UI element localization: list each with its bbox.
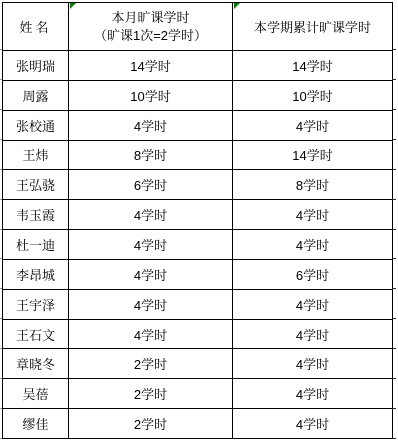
header-cell-semester-hours[interactable]: 本学期累计旷课学时 — [233, 3, 393, 51]
cell-name[interactable]: 李昂城 — [3, 259, 69, 289]
cell-month-hours[interactable]: 4学时 — [69, 259, 233, 289]
cell-name[interactable]: 王炜 — [3, 140, 69, 170]
table-row: 王宇泽 4学时 4学时 — [3, 289, 393, 319]
gridline-stub — [392, 139, 396, 140]
cell-month-hours[interactable]: 4学时 — [69, 319, 233, 349]
error-triangle-icon — [70, 3, 76, 9]
table-row: 周露 10学时 10学时 — [3, 80, 393, 110]
cell-semester-hours[interactable]: 4学时 — [233, 289, 393, 319]
gridline-stub — [392, 109, 396, 110]
gridline-stub — [0, 109, 2, 110]
cell-name[interactable]: 张校通 — [3, 110, 69, 140]
gridline-stub — [0, 438, 2, 439]
cell-semester-hours[interactable]: 10学时 — [233, 80, 393, 110]
cell-month-hours[interactable]: 4学时 — [69, 289, 233, 319]
cell-name[interactable]: 缪佳 — [3, 409, 69, 439]
header-cell-month-hours[interactable]: 本月旷课学时 （旷课1次=2学时） — [69, 3, 233, 51]
cell-semester-hours[interactable]: 4学时 — [233, 349, 393, 379]
cell-month-hours[interactable]: 2学时 — [69, 409, 233, 439]
cell-semester-hours[interactable]: 14学时 — [233, 140, 393, 170]
cell-month-hours[interactable]: 10学时 — [69, 80, 233, 110]
gridline-stub — [0, 169, 2, 170]
header-month-line1: 本月旷课学时 — [71, 9, 230, 27]
spreadsheet-area: 姓名 本月旷课学时 （旷课1次=2学时） 本学期累计旷课学时 张明瑞 14学时 … — [0, 0, 398, 443]
cell-semester-hours[interactable]: 4学时 — [233, 230, 393, 260]
header-row: 姓名 本月旷课学时 （旷课1次=2学时） 本学期累计旷课学时 — [3, 3, 393, 51]
cell-name[interactable]: 王宇泽 — [3, 289, 69, 319]
cell-month-hours[interactable]: 4学时 — [69, 110, 233, 140]
cell-semester-hours[interactable]: 4学时 — [233, 200, 393, 230]
cell-name[interactable]: 韦玉霞 — [3, 200, 69, 230]
gridline-stub — [392, 318, 396, 319]
gridline-stub — [0, 258, 2, 259]
cell-month-hours[interactable]: 4学时 — [69, 200, 233, 230]
cell-semester-hours[interactable]: 14学时 — [233, 51, 393, 81]
gridline-stub — [392, 438, 396, 439]
gridline-stub — [0, 139, 2, 140]
cell-month-hours[interactable]: 2学时 — [69, 349, 233, 379]
cell-name[interactable]: 王石文 — [3, 319, 69, 349]
gridline-stub — [392, 169, 396, 170]
table-row: 缪佳 2学时 4学时 — [3, 409, 393, 439]
cell-month-hours[interactable]: 14学时 — [69, 51, 233, 81]
gridline-stub — [0, 348, 2, 349]
absence-hours-table: 姓名 本月旷课学时 （旷课1次=2学时） 本学期累计旷课学时 张明瑞 14学时 … — [2, 2, 393, 439]
error-triangle-icon — [234, 3, 240, 9]
table-row: 杜一迪 4学时 4学时 — [3, 230, 393, 260]
table-row: 王石文 4学时 4学时 — [3, 319, 393, 349]
table-row: 王炜 8学时 14学时 — [3, 140, 393, 170]
gridline-stub — [392, 229, 396, 230]
cell-month-hours[interactable]: 2学时 — [69, 379, 233, 409]
gridline-stub — [392, 408, 396, 409]
cell-month-hours[interactable]: 4学时 — [69, 230, 233, 260]
gridline-stub — [0, 229, 2, 230]
gridline-stub — [392, 49, 396, 50]
gridline-stub — [0, 408, 2, 409]
cell-name[interactable]: 章晓冬 — [3, 349, 69, 379]
header-month-line2: （旷课1次=2学时） — [71, 27, 230, 45]
gridline-stub — [392, 288, 396, 289]
cell-name[interactable]: 王弘骁 — [3, 170, 69, 200]
gridline-stub — [392, 199, 396, 200]
header-cell-name[interactable]: 姓名 — [3, 3, 69, 51]
cell-name[interactable]: 吴蓓 — [3, 379, 69, 409]
gridline-stub — [0, 49, 2, 50]
cell-month-hours[interactable]: 8学时 — [69, 140, 233, 170]
gridline-stub — [0, 318, 2, 319]
table-row: 张校通 4学时 4学时 — [3, 110, 393, 140]
table-row: 王弘骁 6学时 8学时 — [3, 170, 393, 200]
gridline-stub — [0, 288, 2, 289]
cell-month-hours[interactable]: 6学时 — [69, 170, 233, 200]
table-row: 李昂城 4学时 6学时 — [3, 259, 393, 289]
table-row: 张明瑞 14学时 14学时 — [3, 51, 393, 81]
cell-semester-hours[interactable]: 4学时 — [233, 379, 393, 409]
table-row: 章晓冬 2学时 4学时 — [3, 349, 393, 379]
table-row: 韦玉霞 4学时 4学时 — [3, 200, 393, 230]
cell-semester-hours[interactable]: 8学时 — [233, 170, 393, 200]
cell-name[interactable]: 张明瑞 — [3, 51, 69, 81]
gridline-stub — [0, 378, 2, 379]
cell-semester-hours[interactable]: 4学时 — [233, 409, 393, 439]
gridline-stub — [0, 79, 2, 80]
header-semester-label: 本学期累计旷课学时 — [254, 20, 371, 35]
gridline-stub — [0, 199, 2, 200]
cell-semester-hours[interactable]: 4学时 — [233, 110, 393, 140]
cell-semester-hours[interactable]: 6学时 — [233, 259, 393, 289]
cell-name[interactable]: 周露 — [3, 80, 69, 110]
gridline-stub — [392, 348, 396, 349]
header-name-label: 姓名 — [19, 20, 51, 35]
gridline-stub — [392, 258, 396, 259]
gridline-stub — [392, 378, 396, 379]
table-row: 吴蓓 2学时 4学时 — [3, 379, 393, 409]
gridline-stub — [392, 79, 396, 80]
cell-name[interactable]: 杜一迪 — [3, 230, 69, 260]
cell-semester-hours[interactable]: 4学时 — [233, 319, 393, 349]
